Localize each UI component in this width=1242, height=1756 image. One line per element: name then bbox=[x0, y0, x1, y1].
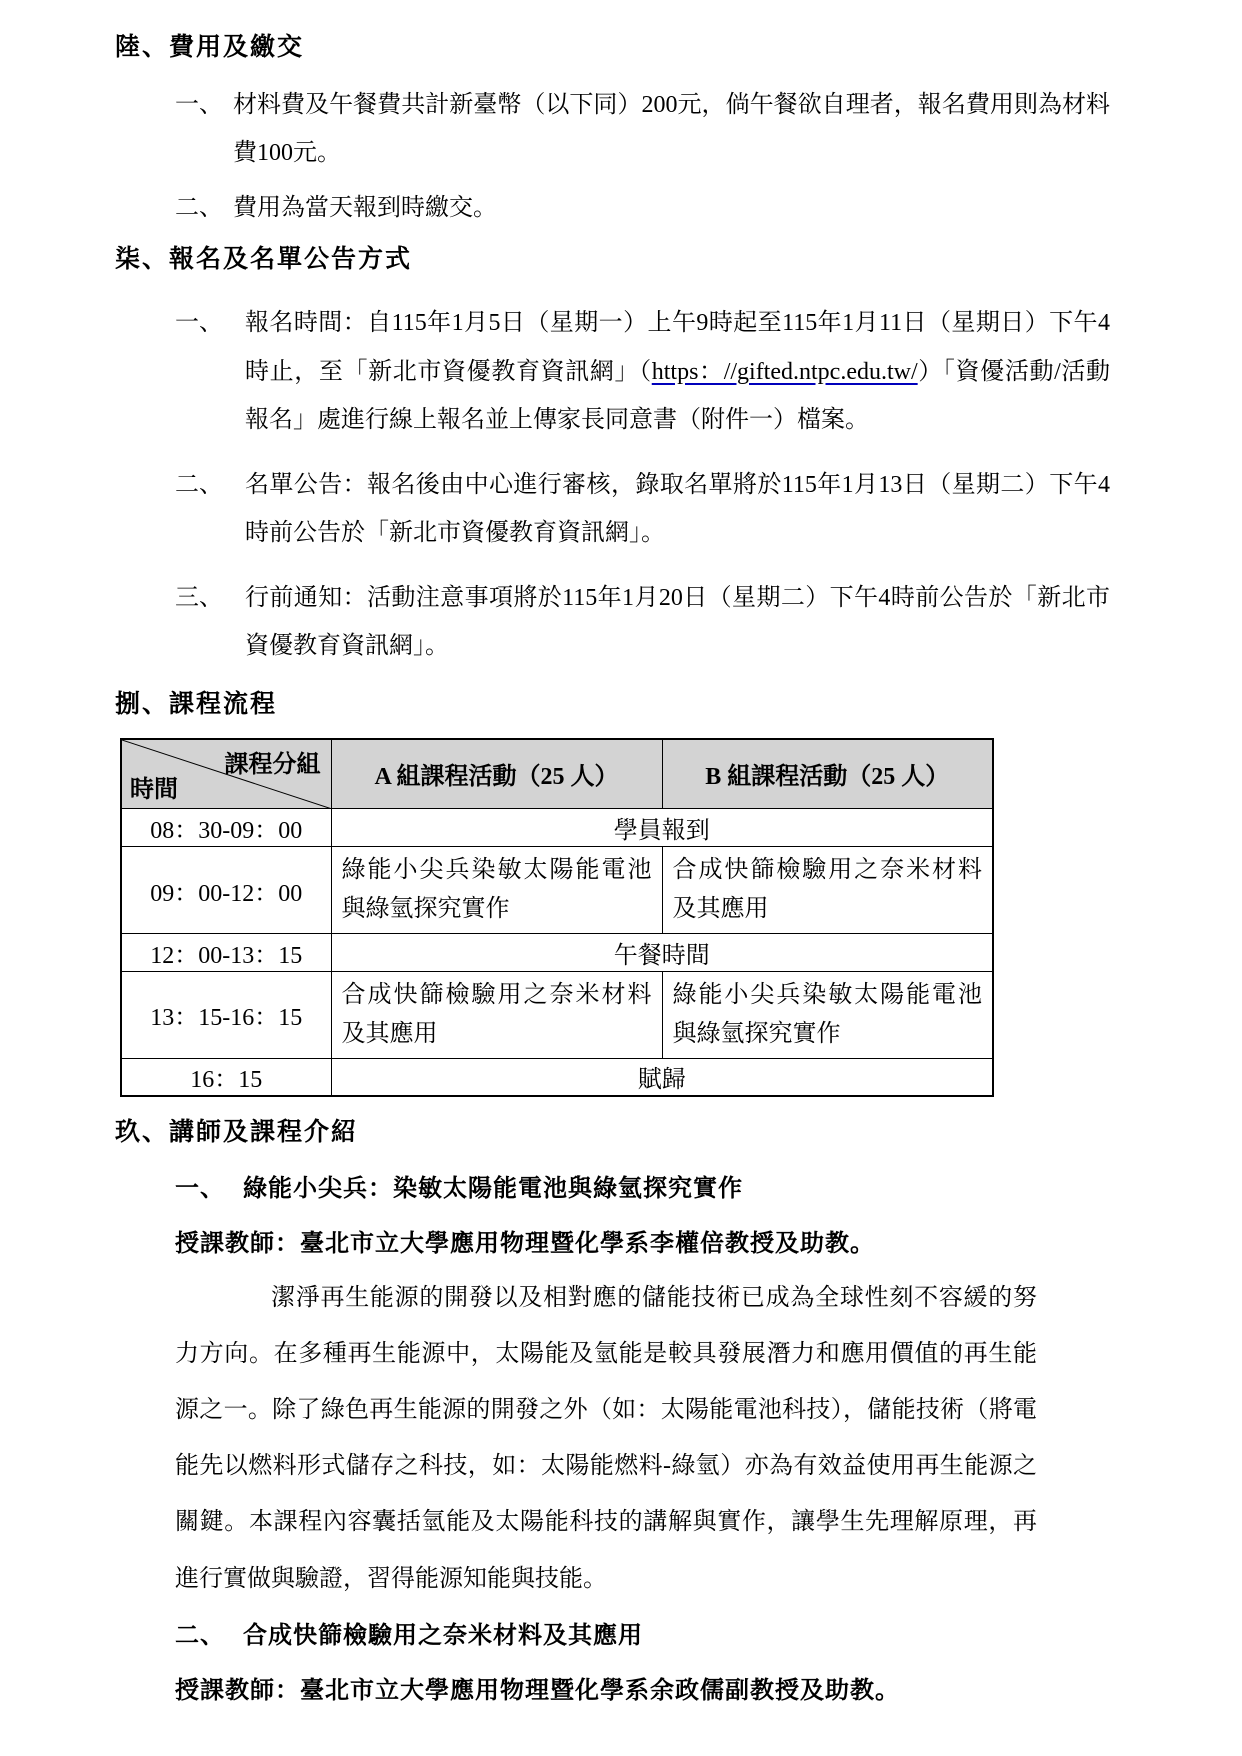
section-9-heading: 玖、講師及課程介紹 bbox=[115, 1115, 1134, 1150]
activity-cell-group-a-morning: 綠能小尖兵染敏太陽能電池與綠氫探究實作 bbox=[331, 847, 662, 934]
registration-item-2: 二、 名單公告：報名後由中心進行審核，錄取名單將於115年1月13日（星期二）下… bbox=[175, 461, 1110, 558]
time-cell: 13：15-16：15 bbox=[121, 971, 331, 1058]
activity-cell-group-a-afternoon: 合成快篩檢驗用之奈米材料及其應用 bbox=[331, 971, 662, 1058]
fee-item-1: 一、 材料費及午餐費共計新臺幣（以下同）200元，倘午餐欲自理者，報名費用則為材… bbox=[175, 81, 1110, 178]
course-1-title-text: 綠能小尖兵：染敏太陽能電池與綠氫探究實作 bbox=[243, 1172, 743, 1207]
table-row-afternoon: 13：15-16：15 合成快篩檢驗用之奈米材料及其應用 綠能小尖兵染敏太陽能電… bbox=[121, 971, 993, 1058]
registration-item-1: 一、 報名時間：自115年1月5日（星期一）上午9時起至115年1月11日（星期… bbox=[175, 299, 1110, 444]
section-8-heading: 捌、課程流程 bbox=[115, 687, 1134, 722]
time-cell: 16：15 bbox=[121, 1058, 331, 1096]
activity-cell-lunch: 午餐時間 bbox=[331, 933, 993, 971]
course-1-teacher: 授課教師：臺北市立大學應用物理暨化學系李權倍教授及助教。 bbox=[175, 1227, 1134, 1262]
fee-item-1-number: 一、 bbox=[175, 81, 233, 178]
table-corner-cell: 課程分組 時間 bbox=[121, 739, 331, 809]
table-header-row: 課程分組 時間 A 組課程活動（25 人） B 組課程活動（25 人） bbox=[121, 739, 993, 809]
course-2-number: 二、 bbox=[175, 1619, 243, 1654]
table-row-checkin: 08：30-09：00 學員報到 bbox=[121, 809, 993, 847]
registration-item-3-number: 三、 bbox=[175, 574, 245, 671]
table-row-morning: 09：00-12：00 綠能小尖兵染敏太陽能電池與綠氫探究實作 合成快篩檢驗用之… bbox=[121, 847, 993, 934]
registration-item-1-number: 一、 bbox=[175, 299, 245, 444]
column-header-group-b: B 組課程活動（25 人） bbox=[662, 739, 993, 809]
registration-item-1-text: 報名時間：自115年1月5日（星期一）上午9時起至115年1月11日（星期日）下… bbox=[245, 299, 1110, 444]
course-1-title: 一、 綠能小尖兵：染敏太陽能電池與綠氫探究實作 bbox=[175, 1172, 1134, 1207]
time-cell: 12：00-13：15 bbox=[121, 933, 331, 971]
course-1-description: 潔淨再生能源的開發以及相對應的儲能技術已成為全球性刻不容緩的努力方向。在多種再生… bbox=[175, 1270, 1037, 1607]
table-row-dismissal: 16：15 賦歸 bbox=[121, 1058, 993, 1096]
registration-item-2-text: 名單公告：報名後由中心進行審核，錄取名單將於115年1月13日（星期二）下午4時… bbox=[245, 461, 1110, 558]
activity-cell-checkin: 學員報到 bbox=[331, 809, 993, 847]
time-cell: 09：00-12：00 bbox=[121, 847, 331, 934]
fee-item-2: 二、 費用為當天報到時繳交。 bbox=[175, 184, 1110, 232]
registration-item-3: 三、 行前通知：活動注意事項將於115年1月20日（星期二）下午4時前公告於「新… bbox=[175, 574, 1110, 671]
column-header-group-a: A 組課程活動（25 人） bbox=[331, 739, 662, 809]
fee-item-2-number: 二、 bbox=[175, 184, 233, 232]
fee-item-1-text: 材料費及午餐費共計新臺幣（以下同）200元，倘午餐欲自理者，報名費用則為材料費1… bbox=[233, 81, 1110, 178]
activity-cell-group-b-afternoon: 綠能小尖兵染敏太陽能電池與綠氫探究實作 bbox=[662, 971, 993, 1058]
activity-cell-group-b-morning: 合成快篩檢驗用之奈米材料及其應用 bbox=[662, 847, 993, 934]
section-6-heading: 陸、費用及繳交 bbox=[115, 30, 1134, 65]
gifted-website-link[interactable]: https：//gifted.ntpc.edu.tw/ bbox=[652, 359, 918, 385]
course-1-number: 一、 bbox=[175, 1172, 243, 1207]
registration-item-2-number: 二、 bbox=[175, 461, 245, 558]
course-2-title-text: 合成快篩檢驗用之奈米材料及其應用 bbox=[243, 1619, 643, 1654]
course-2-teacher: 授課教師：臺北市立大學應用物理暨化學系余政儒副教授及助教。 bbox=[175, 1674, 1134, 1709]
table-row-lunch: 12：00-13：15 午餐時間 bbox=[121, 933, 993, 971]
corner-label-course-group: 課程分組 bbox=[225, 744, 321, 779]
time-cell: 08：30-09：00 bbox=[121, 809, 331, 847]
corner-label-time: 時間 bbox=[130, 769, 178, 804]
registration-item-3-text: 行前通知：活動注意事項將於115年1月20日（星期二）下午4時前公告於「新北市資… bbox=[245, 574, 1110, 671]
activity-cell-dismissal: 賦歸 bbox=[331, 1058, 993, 1096]
course-schedule-table: 課程分組 時間 A 組課程活動（25 人） B 組課程活動（25 人） 08：3… bbox=[120, 738, 994, 1098]
course-2-title: 二、 合成快篩檢驗用之奈米材料及其應用 bbox=[175, 1619, 1134, 1654]
document-page: 陸、費用及繳交 一、 材料費及午餐費共計新臺幣（以下同）200元，倘午餐欲自理者… bbox=[0, 0, 1242, 1756]
section-7-heading: 柒、報名及名單公告方式 bbox=[115, 242, 1134, 277]
fee-item-2-text: 費用為當天報到時繳交。 bbox=[233, 184, 1110, 232]
